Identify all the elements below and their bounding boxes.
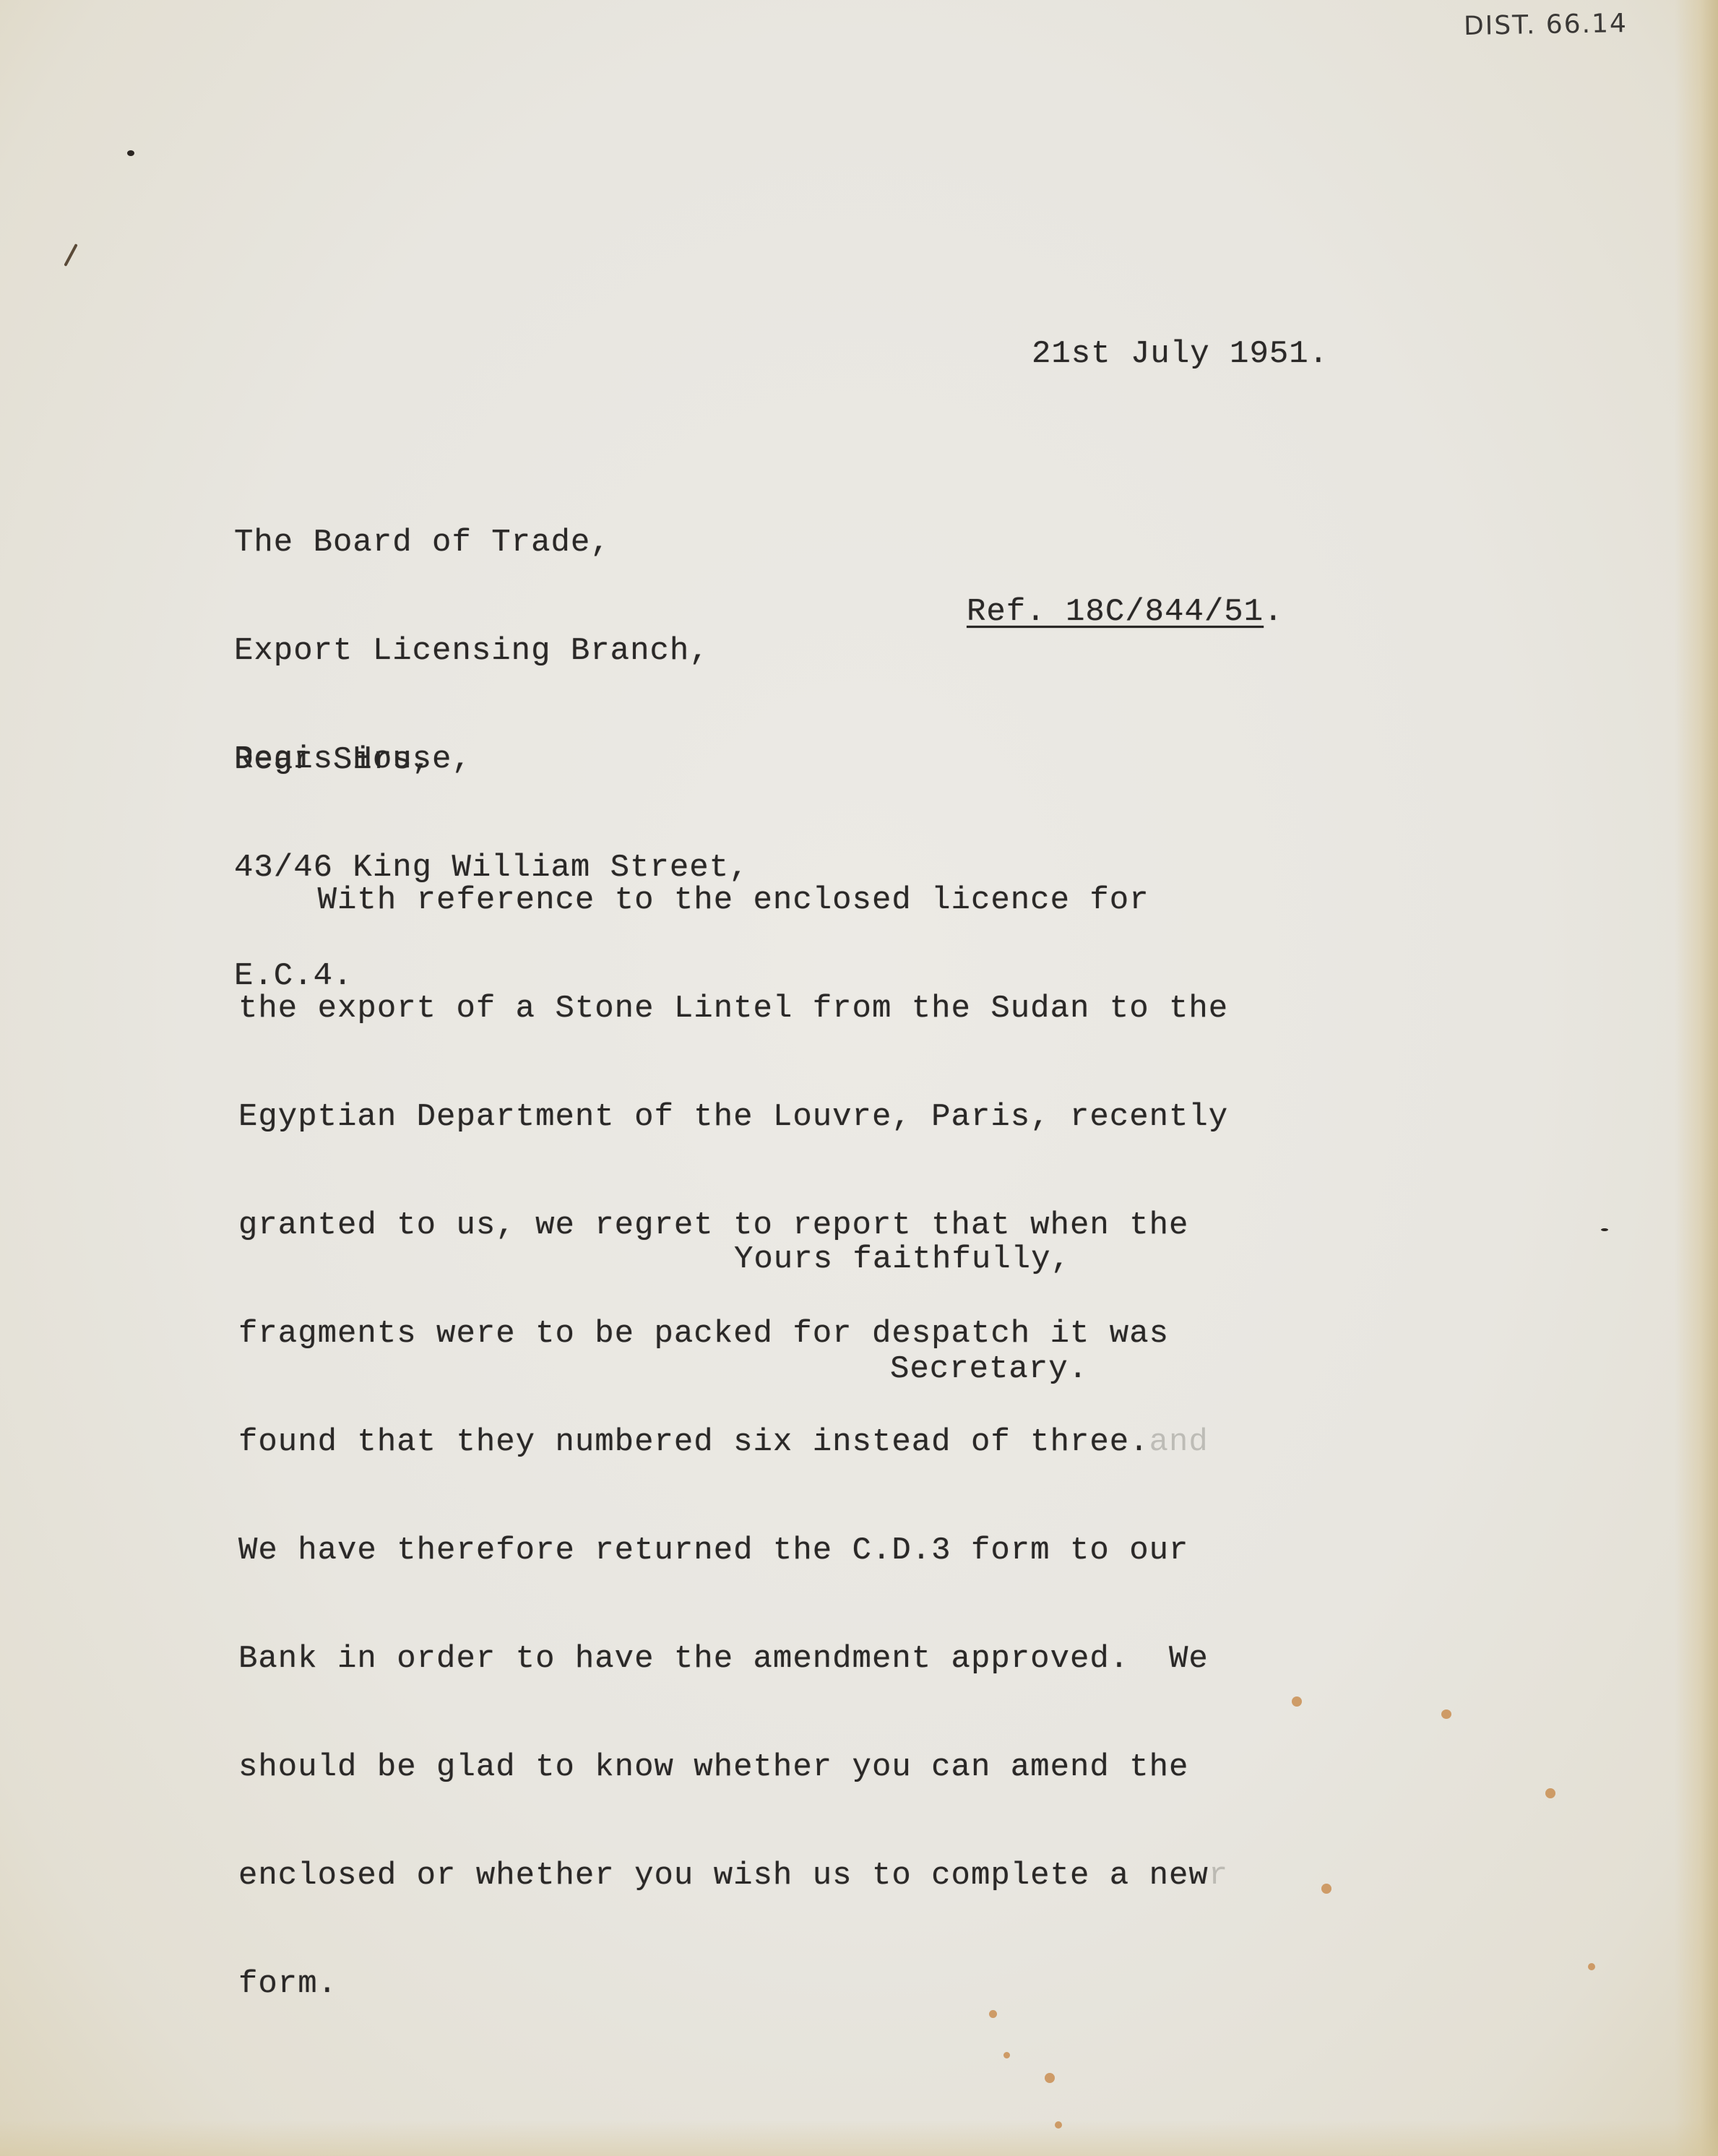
aged-bottom-edge — [0, 2120, 1718, 2156]
ink-speck — [1601, 1228, 1608, 1231]
foxing-spot — [1588, 1963, 1595, 1970]
letter-body: With reference to the enclosed licence f… — [238, 810, 1228, 2038]
faded-fragment: and — [1149, 1424, 1209, 1460]
body-line: should be glad to know whether you can a… — [238, 1749, 1228, 1785]
body-line: the export of a Stone Lintel from the Su… — [238, 991, 1228, 1027]
archive-mark: DIST. 66.14 — [1464, 9, 1628, 41]
reference-period: . — [1264, 594, 1283, 630]
body-line: Bank in order to have the amendment appr… — [238, 1641, 1228, 1677]
foxing-spot — [1003, 2052, 1010, 2058]
body-line: found that they numbered six instead of … — [238, 1424, 1228, 1460]
faded-fragment: r — [1209, 1858, 1228, 1894]
foxing-spot — [1045, 2073, 1055, 2083]
foxing-spot — [1441, 1709, 1451, 1719]
closing: Yours faithfully, — [734, 1241, 1071, 1277]
letter-date: 21st July 1951. — [1032, 336, 1329, 372]
foxing-spot — [1321, 1884, 1331, 1894]
body-line: Egyptian Department of the Louvre, Paris… — [238, 1099, 1228, 1135]
address-line: Export Licensing Branch, — [234, 633, 749, 669]
body-line: fragments were to be packed for despatch… — [238, 1316, 1228, 1352]
ink-speck — [127, 150, 134, 156]
body-line: granted to us, we regret to report that … — [238, 1207, 1228, 1243]
body-line: With reference to the enclosed licence f… — [238, 882, 1228, 918]
signature-title: Secretary. — [890, 1351, 1088, 1387]
foxing-spot — [1545, 1788, 1555, 1798]
aged-right-edge — [1675, 0, 1718, 2156]
foxing-spot — [1055, 2121, 1062, 2129]
body-line: We have therefore returned the C.D.3 for… — [238, 1532, 1228, 1569]
salutation: Dear Sirs, — [234, 742, 432, 778]
foxing-spot — [1292, 1696, 1302, 1707]
reference-text: Ref. 18C/844/51 — [967, 594, 1264, 630]
body-line: form. — [238, 1966, 1228, 2002]
body-line: enclosed or whether you wish us to compl… — [238, 1858, 1228, 1894]
reference-number: Ref. 18C/844/51. — [967, 594, 1283, 630]
address-line: The Board of Trade, — [234, 525, 749, 561]
